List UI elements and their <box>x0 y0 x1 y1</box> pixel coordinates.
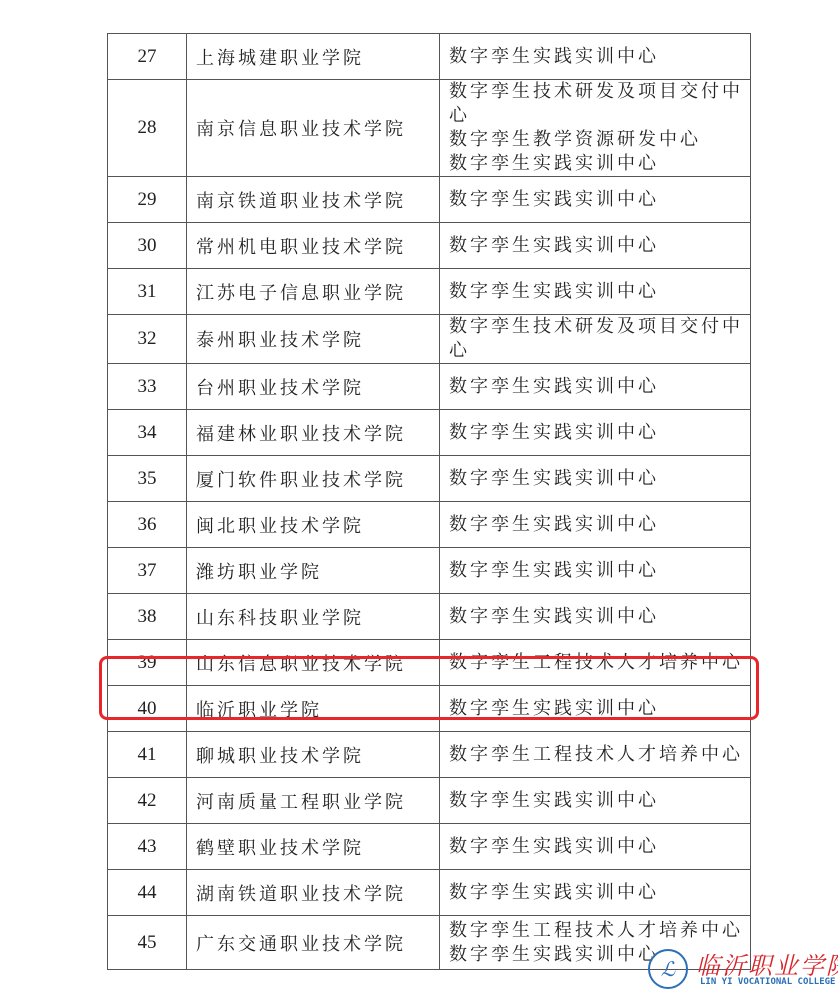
table-row: 31江苏电子信息职业学院数字孪生实践实训中心 <box>108 269 751 315</box>
highlight-box <box>99 656 759 720</box>
table-row: 43鹤壁职业技术学院数字孪生实践实训中心 <box>108 824 751 870</box>
school-name: 上海城建职业学院 <box>187 34 440 80</box>
row-number: 28 <box>108 80 187 177</box>
school-name: 河南质量工程职业学院 <box>187 778 440 824</box>
center-name: 数字孪生实践实训中心 <box>449 45 750 69</box>
institution-table: 27上海城建职业学院数字孪生实践实训中心28南京信息职业技术学院数字孪生技术研发… <box>107 33 751 970</box>
school-name: 潍坊职业学院 <box>187 548 440 594</box>
school-name: 台州职业技术学院 <box>187 364 440 410</box>
school-name: 常州机电职业技术学院 <box>187 223 440 269</box>
center-name: 数字孪生工程技术人才培养中心 <box>449 919 750 943</box>
table-row: 27上海城建职业学院数字孪生实践实训中心 <box>108 34 751 80</box>
table-row: 41聊城职业技术学院数字孪生工程技术人才培养中心 <box>108 732 751 778</box>
row-number: 42 <box>108 778 187 824</box>
center-name: 数字孪生实践实训中心 <box>449 605 750 629</box>
table-row: 28南京信息职业技术学院数字孪生技术研发及项目交付中心数字孪生教学资源研发中心数… <box>108 80 751 177</box>
row-number: 35 <box>108 456 187 502</box>
row-number: 37 <box>108 548 187 594</box>
logo-chinese-name: 临沂职业学院 <box>696 946 838 981</box>
school-name: 闽北职业技术学院 <box>187 502 440 548</box>
table-row: 33台州职业技术学院数字孪生实践实训中心 <box>108 364 751 410</box>
center-names: 数字孪生实践实训中心 <box>440 177 751 223</box>
row-number: 33 <box>108 364 187 410</box>
row-number: 44 <box>108 870 187 916</box>
center-names: 数字孪生实践实训中心 <box>440 34 751 80</box>
center-name: 数字孪生实践实训中心 <box>449 513 750 537</box>
school-name: 聊城职业技术学院 <box>187 732 440 778</box>
school-name: 广东交通职业技术学院 <box>187 916 440 970</box>
table-row: 35厦门软件职业技术学院数字孪生实践实训中心 <box>108 456 751 502</box>
row-number: 43 <box>108 824 187 870</box>
center-name: 数字孪生实践实训中心 <box>449 280 750 304</box>
center-name: 数字孪生实践实训中心 <box>449 559 750 583</box>
center-names: 数字孪生技术研发及项目交付中心数字孪生教学资源研发中心数字孪生实践实训中心 <box>440 80 751 177</box>
table-row: 30常州机电职业技术学院数字孪生实践实训中心 <box>108 223 751 269</box>
center-name: 数字孪生实践实训中心 <box>449 375 750 399</box>
center-name: 数字孪生实践实训中心 <box>449 152 750 176</box>
center-names: 数字孪生实践实训中心 <box>440 870 751 916</box>
row-number: 31 <box>108 269 187 315</box>
center-names: 数字孪生实践实训中心 <box>440 269 751 315</box>
school-name: 南京铁道职业技术学院 <box>187 177 440 223</box>
school-name: 南京信息职业技术学院 <box>187 80 440 177</box>
row-number: 30 <box>108 223 187 269</box>
table-row: 44湖南铁道职业技术学院数字孪生实践实训中心 <box>108 870 751 916</box>
center-name: 数字孪生实践实训中心 <box>449 881 750 905</box>
row-number: 36 <box>108 502 187 548</box>
center-name: 数字孪生教学资源研发中心 <box>449 128 750 152</box>
row-number: 45 <box>108 916 187 970</box>
center-name: 数字孪生实践实训中心 <box>449 234 750 258</box>
center-name: 数字孪生工程技术人才培养中心 <box>449 743 750 767</box>
center-names: 数字孪生实践实训中心 <box>440 502 751 548</box>
school-name: 厦门软件职业技术学院 <box>187 456 440 502</box>
center-names: 数字孪生实践实训中心 <box>440 778 751 824</box>
center-name: 数字孪生技术研发及项目交付中心 <box>449 80 750 128</box>
row-number: 38 <box>108 594 187 640</box>
center-names: 数字孪生实践实训中心 <box>440 364 751 410</box>
table-row: 42河南质量工程职业学院数字孪生实践实训中心 <box>108 778 751 824</box>
row-number: 34 <box>108 410 187 456</box>
center-names: 数字孪生实践实训中心 <box>440 456 751 502</box>
logo-english-name: LIN YI VOCATIONAL COLLEGE <box>700 977 835 987</box>
center-name: 数字孪生实践实训中心 <box>449 188 750 212</box>
table-row: 37潍坊职业学院数字孪生实践实训中心 <box>108 548 751 594</box>
center-name: 数字孪生实践实训中心 <box>449 789 750 813</box>
row-number: 27 <box>108 34 187 80</box>
center-names: 数字孪生实践实训中心 <box>440 824 751 870</box>
table-row: 29南京铁道职业技术学院数字孪生实践实训中心 <box>108 177 751 223</box>
center-names: 数字孪生工程技术人才培养中心 <box>440 732 751 778</box>
school-name: 泰州职业技术学院 <box>187 315 440 364</box>
center-names: 数字孪生技术研发及项目交付中心 <box>440 315 751 364</box>
row-number: 32 <box>108 315 187 364</box>
table-row: 34福建林业职业技术学院数字孪生实践实训中心 <box>108 410 751 456</box>
center-names: 数字孪生实践实训中心 <box>440 410 751 456</box>
center-names: 数字孪生实践实训中心 <box>440 548 751 594</box>
center-name: 数字孪生实践实训中心 <box>449 421 750 445</box>
row-number: 41 <box>108 732 187 778</box>
table-row: 32泰州职业技术学院数字孪生技术研发及项目交付中心 <box>108 315 751 364</box>
center-names: 数字孪生实践实训中心 <box>440 223 751 269</box>
table-row: 38山东科技职业学院数字孪生实践实训中心 <box>108 594 751 640</box>
school-name: 福建林业职业技术学院 <box>187 410 440 456</box>
school-name: 湖南铁道职业技术学院 <box>187 870 440 916</box>
row-number: 29 <box>108 177 187 223</box>
table-row: 36闽北职业技术学院数字孪生实践实训中心 <box>108 502 751 548</box>
college-logo: ℒ 临沂职业学院 LIN YI VOCATIONAL COLLEGE <box>648 946 834 992</box>
center-name: 数字孪生实践实训中心 <box>449 835 750 859</box>
center-name: 数字孪生实践实训中心 <box>449 467 750 491</box>
school-name: 山东科技职业学院 <box>187 594 440 640</box>
school-name: 江苏电子信息职业学院 <box>187 269 440 315</box>
center-names: 数字孪生实践实训中心 <box>440 594 751 640</box>
school-name: 鹤壁职业技术学院 <box>187 824 440 870</box>
college-emblem-icon: ℒ <box>648 949 688 989</box>
center-name: 数字孪生技术研发及项目交付中心 <box>449 315 750 363</box>
